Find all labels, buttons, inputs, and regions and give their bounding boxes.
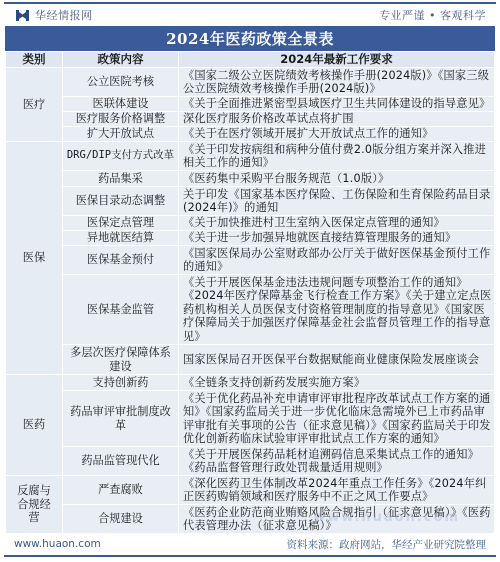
policy-item: 支持创新药 [63,375,179,391]
policy-requirement: 深化医疗服务价格改革试点将扩围 [179,112,495,127]
policy-item: 药品审评审批制度改革 [63,391,179,447]
table-row: 药品审评审批制度改革 《关于优化药品补充申请审评审批程序改革试点工作方案的通知》… [6,391,495,447]
table-row: 反腐与合规经营 严查腐败 《深化医药卫生体制改革2024年重点工作任务》《202… [6,476,495,505]
policy-item: 医疗服务价格调整 [63,112,179,127]
slogan: 专业严谨 • 客观科学 [379,7,486,23]
table-header-row: 类别 政策内容 2024年最新工作要求 [6,52,495,68]
watermark: www.huaon.com [313,510,460,525]
policy-item: 严查腐败 [63,476,179,505]
policy-item: 药品监管现代化 [63,447,179,476]
policy-requirement: 《关于加快推进村卫生室纳入医保定点管理的通知》 [179,216,495,231]
data-source-note: 资料来源：政府网站，华经产业研究院整理 [287,537,487,552]
category-cell-medical: 医疗 [6,68,63,142]
footer: www.huaon.com 资料来源：政府网站，华经产业研究院整理 [0,536,500,552]
table-row: 医联体建设 《关于全面推进紧密型县域医疗卫生共同体建设的指导意见》 [6,97,495,112]
policy-requirement: 《关于印发按病组和病种分值付费2.0版分组方案并深入推进相关工作的通知》 [179,142,495,171]
column-header-category: 类别 [6,52,63,68]
table-row: 医保定点管理 《关于加快推进村卫生室纳入医保定点管理的通知》 [6,216,495,231]
table-row: 医保基金监管 《关于开展医保基金违法违规问题专项整治工作的通知》《2024年医疗… [6,275,495,345]
category-cell-pharma: 医药 [6,375,63,476]
policy-requirement: 《医药集中采购平台服务规范（1.0版）》 [179,171,495,187]
policy-table: 类别 政策内容 2024年最新工作要求 医疗 公立医院考核 《国家二级公立医院绩… [5,51,495,534]
table-row: 多层次医疗保障体系建设 国家医保局召开医保平台数据赋能商业健康保险发展座谈会 [6,345,495,375]
policy-requirement: 《全链条支持创新药发展实施方案》 [179,375,495,391]
policy-requirement: 《国家医保局办公室财政部办公厅关于做好医保基金预付工作的通知》 [179,246,495,275]
policy-requirement: 《关于开展医保基金违法违规问题专项整治工作的通知》《2024年医疗保障基金飞行检… [179,275,495,345]
policy-item: 公立医院考核 [63,68,179,97]
policy-requirement: 《关于开展医保药品耗材追溯码信息采集试点工作的通知》《药品监督管理行政处罚裁量适… [179,447,495,476]
policy-item: 医保定点管理 [63,216,179,231]
policy-requirement: 《深化医药卫生体制改革2024年重点工作任务》《2024年纠正医药购销领域和医疗… [179,476,495,505]
table-row: 扩大开放试点 《关于在医疗领域开展扩大开放试点工作的通知》 [6,127,495,142]
page-title: 2024年医药政策全景表 [5,26,495,51]
column-header-requirements: 2024年最新工作要求 [179,52,495,68]
table-row: 异地就医结算 《关于进一步加强异地就医直接结算管理服务的通知》 [6,231,495,246]
policy-item: 医保目录动态调整 [63,187,179,216]
policy-requirement: 《关于进一步加强异地就医直接结算管理服务的通知》 [179,231,495,246]
brand-name: 华经情报网 [35,7,93,23]
table-row: 医药 支持创新药 《全链条支持创新药发展实施方案》 [6,375,495,391]
policy-item: 医保基金预付 [63,246,179,275]
table-row: 医疗 公立医院考核 《国家二级公立医院绩效考核操作手册(2024版)》《国家三级… [6,68,495,97]
top-bar: 华经情报网 专业严谨 • 客观科学 [0,4,500,26]
column-header-policy: 政策内容 [63,52,179,68]
table-row: 药品监管现代化 《关于开展医保药品耗材追溯码信息采集试点工作的通知》《药品监督管… [6,447,495,476]
brand-logo-icon [16,10,29,21]
table-row: 药品集采 《医药集中采购平台服务规范（1.0版）》 [6,171,495,187]
table-row: 医保 DRG/DIP支付方式改革 《关于印发按病组和病种分值付费2.0版分组方案… [6,142,495,171]
policy-requirement: 《关于全面推进紧密型县域医疗卫生共同体建设的指导意见》 [179,97,495,112]
policy-requirement: 《关于在医疗领域开展扩大开放试点工作的通知》 [179,127,495,142]
policy-item: 医保基金监管 [63,275,179,345]
table-row: 医疗服务价格调整 深化医疗服务价格改革试点将扩围 [6,112,495,127]
policy-table-container: 类别 政策内容 2024年最新工作要求 医疗 公立医院考核 《国家二级公立医院绩… [5,51,495,534]
website-link[interactable]: www.huaon.com [14,538,101,550]
policy-requirement: 国家医保局召开医保平台数据赋能商业健康保险发展座谈会 [179,345,495,375]
policy-requirement: 《国家二级公立医院绩效考核操作手册(2024版)》《国家三级公立医院绩效考核操作… [179,68,495,97]
policy-item: 合规建设 [63,505,179,534]
brand: 华经情报网 [16,7,93,23]
table-row: 医保目录动态调整 关于印发《国家基本医疗保险、工伤保险和生育保险药品目录(202… [6,187,495,216]
policy-requirement: 关于印发《国家基本医疗保险、工伤保险和生育保险药品目录(2024年)》的通知 [179,187,495,216]
policy-item: 药品集采 [63,171,179,187]
policy-item: 扩大开放试点 [63,127,179,142]
policy-requirement: 《关于优化药品补充申请审评审批程序改革试点工作方案的通知》《国家药监局关于进一步… [179,391,495,447]
table-row: 医保基金预付 《国家医保局办公室财政部办公厅关于做好医保基金预付工作的通知》 [6,246,495,275]
policy-item: 异地就医结算 [63,231,179,246]
policy-item: 多层次医疗保障体系建设 [63,345,179,375]
policy-item: 医联体建设 [63,97,179,112]
category-cell-insurance: 医保 [6,142,63,375]
policy-item: DRG/DIP支付方式改革 [63,142,179,171]
bottom-border [4,555,496,557]
category-cell-compliance: 反腐与合规经营 [6,476,63,534]
